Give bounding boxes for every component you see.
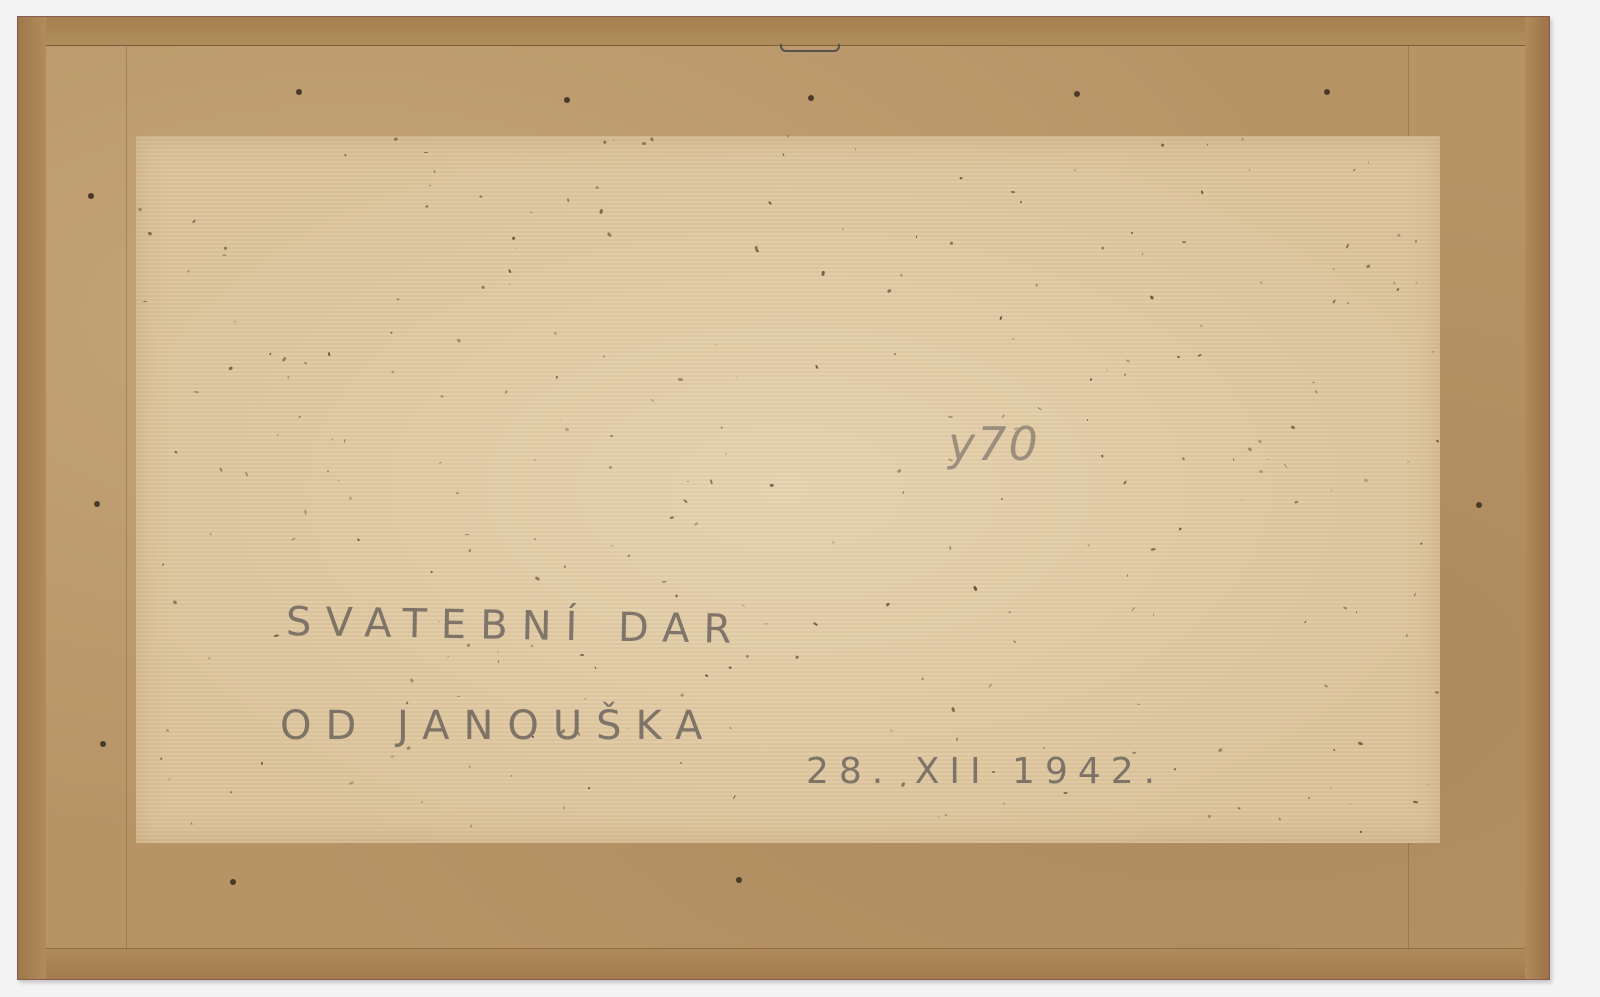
fibre-speck — [610, 435, 613, 438]
fibre-speck — [729, 667, 732, 669]
fibre-speck — [1267, 459, 1269, 461]
fibre-speck — [482, 286, 486, 290]
fibre-speck — [945, 814, 947, 816]
fibre-speck — [554, 332, 558, 336]
nail-icon — [736, 877, 742, 883]
fibre-speck — [733, 795, 736, 800]
frame-edge-top — [18, 17, 1549, 46]
fibre-speck — [951, 242, 954, 245]
fibre-speck — [670, 516, 674, 519]
fibre-speck — [447, 655, 449, 657]
fibre-speck — [705, 674, 708, 677]
fibre-speck — [1131, 606, 1135, 610]
fibre-speck — [276, 434, 279, 437]
fibre-speck — [1206, 144, 1208, 147]
fibre-speck — [1137, 703, 1140, 705]
fibre-speck — [650, 137, 654, 142]
fibre-speck — [244, 472, 248, 477]
fibre-speck — [594, 667, 596, 670]
fibre-speck — [1043, 747, 1046, 750]
fibre-speck — [431, 571, 433, 573]
fibre-speck — [304, 509, 306, 514]
fibre-speck — [160, 757, 163, 760]
fibre-speck — [1324, 684, 1329, 688]
nail-icon — [296, 89, 302, 95]
nail-icon — [100, 741, 106, 747]
fibre-speck — [1396, 287, 1399, 290]
fibre-speck — [608, 466, 612, 470]
photo-stage: SVATEBNÍ DAR OD JANOUŠKA 28. XII 1942. y… — [0, 0, 1600, 997]
nail-icon — [1476, 502, 1482, 508]
fibre-speck — [1131, 232, 1134, 235]
fibre-speck — [1393, 281, 1396, 284]
fibre-speck — [755, 250, 758, 253]
fibre-speck — [1125, 359, 1130, 363]
fibre-speck — [456, 338, 460, 342]
fibre-speck — [219, 467, 223, 472]
fibre-speck — [1089, 378, 1092, 381]
fibre-speck — [1064, 792, 1068, 794]
fibre-speck — [683, 499, 688, 504]
fibre-speck — [1240, 499, 1241, 500]
fibre-speck — [1315, 390, 1318, 394]
fibre-speck — [497, 660, 499, 663]
fibre-speck — [1432, 351, 1434, 353]
fibre-speck — [224, 247, 227, 250]
fibre-speck — [687, 481, 689, 482]
fibre-speck — [1106, 370, 1108, 372]
fibre-speck — [1241, 137, 1245, 141]
fibre-speck — [439, 461, 442, 464]
fibre-speck — [900, 273, 903, 276]
fibre-speck — [1127, 574, 1129, 577]
fibre-speck — [1358, 742, 1363, 746]
fibre-speck — [1346, 244, 1350, 249]
fibre-speck — [1291, 425, 1296, 429]
fibre-speck — [1124, 373, 1126, 376]
fibre-speck — [1101, 455, 1104, 458]
fibre-speck — [186, 269, 190, 273]
fibre-speck — [813, 622, 818, 626]
fibre-speck — [167, 777, 170, 781]
nail-icon — [94, 501, 100, 507]
fibre-speck — [680, 762, 682, 764]
fibre-speck — [662, 581, 667, 583]
fibre-speck — [1436, 440, 1440, 444]
fibre-speck — [1013, 338, 1016, 340]
nail-icon — [1324, 89, 1330, 95]
fibre-speck — [426, 205, 429, 208]
fibre-speck — [139, 208, 143, 212]
fibre-speck — [1308, 797, 1311, 799]
fibre-speck — [1182, 240, 1186, 243]
fibre-speck — [1101, 247, 1104, 250]
picture-frame-back: SVATEBNÍ DAR OD JANOUŠKA 28. XII 1942. y… — [17, 16, 1550, 980]
fibre-speck — [832, 541, 834, 544]
fibre-speck — [678, 378, 683, 381]
fibre-speck — [1406, 634, 1407, 637]
fibre-speck — [424, 152, 428, 153]
fibre-speck — [1208, 815, 1212, 819]
fibre-speck — [1332, 268, 1335, 270]
fibre-speck — [694, 522, 699, 526]
fibre-speck — [1368, 161, 1370, 164]
nail-icon — [230, 879, 236, 885]
fibre-speck — [768, 201, 772, 206]
fibre-speck — [287, 376, 289, 379]
fibre-speck — [391, 370, 395, 373]
fibre-speck — [613, 139, 615, 141]
fibre-speck — [1141, 253, 1143, 255]
fibre-speck — [1259, 470, 1263, 473]
fibre-speck — [1363, 478, 1368, 482]
fibre-speck — [1415, 240, 1417, 243]
fibre-speck — [1257, 439, 1262, 443]
fibre-speck — [822, 271, 825, 276]
fibre-speck — [560, 419, 561, 421]
fibre-speck — [534, 458, 536, 460]
fibre-speck — [1179, 527, 1182, 530]
fibre-speck — [1149, 295, 1153, 300]
fibre-speck — [1353, 168, 1356, 171]
fibre-speck — [194, 391, 199, 394]
fibre-speck — [1407, 461, 1410, 463]
fibre-speck — [174, 451, 177, 454]
fibre-speck — [1200, 190, 1203, 194]
fibre-speck — [921, 677, 923, 679]
fibre-speck — [1330, 788, 1332, 790]
fibre-speck — [1332, 749, 1335, 752]
fibre-speck — [1419, 542, 1422, 545]
fibre-speck — [642, 142, 646, 145]
fibre-speck — [468, 549, 471, 552]
fibre-speck — [1333, 299, 1337, 304]
fibre-speck — [1074, 169, 1076, 171]
fibre-speck — [714, 344, 717, 346]
fibre-speck — [456, 493, 459, 494]
fibre-speck — [1427, 783, 1429, 785]
fibre-speck — [897, 469, 902, 474]
fibre-speck — [855, 148, 856, 151]
fibre-speck — [938, 816, 941, 819]
fibre-speck — [510, 775, 512, 777]
inscription-mark: y70 — [948, 417, 1040, 471]
inscription-date: 28. XII 1942. — [806, 751, 1165, 792]
fibre-speck — [261, 761, 264, 764]
frame-edge-left — [18, 17, 46, 979]
fibre-speck — [725, 453, 727, 455]
fibre-speck — [1003, 802, 1006, 805]
fibre-speck — [1153, 613, 1154, 616]
fibre-speck — [338, 480, 340, 482]
fibre-speck — [508, 269, 511, 273]
fibre-speck — [567, 198, 570, 202]
nail-icon — [1074, 91, 1080, 97]
fibre-speck — [1360, 831, 1363, 834]
fibre-speck — [565, 428, 570, 432]
fibre-speck — [1294, 501, 1299, 504]
fibre-speck — [440, 395, 443, 398]
fibre-speck — [1011, 191, 1015, 193]
fibre-speck — [420, 801, 423, 804]
fibre-speck — [348, 781, 353, 785]
fibre-speck — [680, 693, 684, 697]
fibre-speck — [587, 788, 590, 790]
fibre-speck — [457, 696, 460, 697]
fibre-speck — [960, 176, 963, 179]
fibre-speck — [956, 736, 959, 740]
fibre-speck — [607, 232, 612, 237]
fibre-speck — [410, 678, 414, 683]
fibre-speck — [208, 657, 211, 660]
fibre-speck — [1249, 168, 1251, 170]
fibre-speck — [1087, 419, 1088, 422]
fibre-speck — [281, 357, 286, 362]
fibre-speck — [555, 376, 558, 379]
fibre-speck — [509, 283, 511, 285]
fibre-speck — [602, 140, 606, 144]
fibre-speck — [1161, 144, 1165, 148]
fibre-speck — [327, 351, 330, 355]
fibre-speck — [190, 822, 192, 825]
fibre-speck — [720, 426, 722, 428]
fibre-speck — [298, 415, 301, 418]
fibre-speck — [1247, 447, 1252, 452]
fibre-speck — [162, 563, 165, 567]
fibre-speck — [1413, 800, 1418, 802]
fibre-speck — [349, 496, 352, 500]
fibre-speck — [580, 654, 584, 656]
tape-seam — [126, 45, 127, 949]
nail-icon — [564, 97, 570, 103]
nail-icon — [808, 95, 814, 101]
fibre-speck — [479, 195, 482, 197]
fibre-speck — [504, 389, 508, 394]
fibre-speck — [1013, 640, 1016, 643]
fibre-speck — [710, 479, 713, 484]
fibre-speck — [893, 353, 896, 356]
fibre-speck — [143, 301, 147, 302]
fibre-speck — [1347, 302, 1350, 305]
fibre-speck — [610, 545, 613, 547]
frame-edge-bottom — [18, 948, 1549, 979]
fibre-speck — [770, 484, 774, 487]
fibre-speck — [172, 600, 177, 605]
fibre-speck — [948, 546, 951, 551]
fibre-speck — [1218, 749, 1223, 753]
fibre-speck — [973, 586, 977, 591]
fibre-speck — [564, 565, 567, 568]
fibre-speck — [268, 353, 271, 356]
fibre-speck — [228, 367, 233, 371]
inscription-line-2: OD JANOUŠKA — [280, 703, 716, 749]
fibre-speck — [530, 212, 533, 214]
fibre-speck — [534, 537, 537, 540]
fibre-speck — [274, 635, 279, 638]
fibre-speck — [584, 698, 586, 699]
fibre-speck — [304, 361, 307, 364]
frame-edge-right — [1525, 17, 1549, 979]
fibre-speck — [764, 623, 769, 625]
fibre-speck — [433, 170, 435, 173]
fibre-speck — [603, 355, 604, 357]
fibre-speck — [1304, 620, 1307, 623]
fibre-speck — [815, 365, 818, 369]
inscription-line-1: SVATEBNÍ DAR — [286, 599, 746, 653]
fibre-speck — [167, 729, 170, 732]
fibre-speck — [1035, 283, 1038, 287]
fibre-speck — [600, 209, 604, 214]
fibre-speck — [1019, 201, 1021, 203]
fibre-speck — [1356, 610, 1358, 613]
fibre-speck — [1237, 807, 1241, 811]
fibre-speck — [736, 377, 737, 379]
fibre-speck — [1182, 457, 1186, 461]
fibre-speck — [1397, 233, 1401, 237]
fibre-speck — [746, 654, 750, 658]
fibre-speck — [534, 576, 540, 581]
fibre-speck — [470, 824, 472, 827]
nail-icon — [88, 193, 94, 199]
fibre-speck — [1198, 353, 1202, 357]
fibre-speck — [192, 219, 196, 223]
fibre-speck — [786, 135, 788, 139]
fibre-speck — [343, 438, 345, 442]
fibre-speck — [650, 399, 654, 403]
fibre-speck — [1259, 282, 1261, 284]
fibre-speck — [915, 235, 917, 238]
fibre-speck — [397, 298, 400, 301]
fibre-speck — [147, 232, 151, 236]
fibre-speck — [1435, 690, 1440, 694]
fibre-speck — [1009, 611, 1012, 614]
fibre-speck — [887, 289, 892, 293]
fibre-speck — [357, 538, 361, 542]
fibre-speck — [1350, 803, 1352, 805]
fibre-speck — [469, 766, 471, 768]
fibre-speck — [1331, 490, 1333, 492]
fibre-speck — [782, 153, 784, 156]
fibre-speck — [675, 594, 677, 597]
fibre-speck — [1415, 282, 1417, 283]
fibre-speck — [1343, 606, 1348, 610]
fibre-speck — [1001, 498, 1003, 500]
fibre-speck — [1087, 544, 1090, 547]
fibre-speck — [903, 491, 905, 494]
fibre-speck — [390, 332, 393, 334]
fibre-speck — [344, 153, 347, 156]
fibre-speck — [512, 236, 516, 240]
fibre-speck — [234, 321, 236, 324]
fibre-speck — [1233, 457, 1235, 460]
fibre-speck — [497, 650, 499, 654]
fibre-speck — [729, 726, 732, 729]
fibre-speck — [1312, 381, 1315, 383]
fibre-speck — [291, 537, 296, 541]
fibre-speck — [1200, 325, 1203, 328]
fibre-speck — [465, 534, 470, 535]
fibre-speck — [390, 756, 394, 758]
fibre-speck — [627, 554, 631, 558]
fibre-speck — [1037, 407, 1042, 411]
fibre-speck — [429, 184, 431, 186]
fibre-speck — [210, 533, 213, 535]
fibre-speck — [890, 729, 893, 731]
fibre-speck — [1414, 593, 1417, 597]
hanging-wire-icon — [780, 44, 840, 52]
fibre-speck — [1284, 463, 1288, 467]
fibre-speck — [999, 315, 1002, 319]
fibre-speck — [394, 138, 399, 142]
fibre-speck — [1173, 768, 1176, 771]
fibre-speck — [331, 438, 334, 441]
fibre-speck — [795, 655, 798, 659]
fibre-speck — [222, 254, 227, 257]
fibre-speck — [885, 602, 890, 607]
fibre-speck — [989, 684, 993, 688]
fibre-speck — [1151, 547, 1156, 550]
fibre-speck — [326, 471, 329, 473]
fibre-speck — [563, 806, 565, 810]
fibre-speck — [1278, 817, 1282, 821]
fibre-speck — [229, 791, 232, 793]
fibre-speck — [515, 247, 517, 249]
fibre-speck — [1123, 480, 1127, 484]
fibre-speck — [951, 707, 955, 712]
fibre-speck — [1365, 264, 1370, 269]
fibre-speck — [1177, 356, 1180, 359]
fibre-speck — [842, 228, 844, 231]
fibre-speck — [595, 185, 598, 188]
